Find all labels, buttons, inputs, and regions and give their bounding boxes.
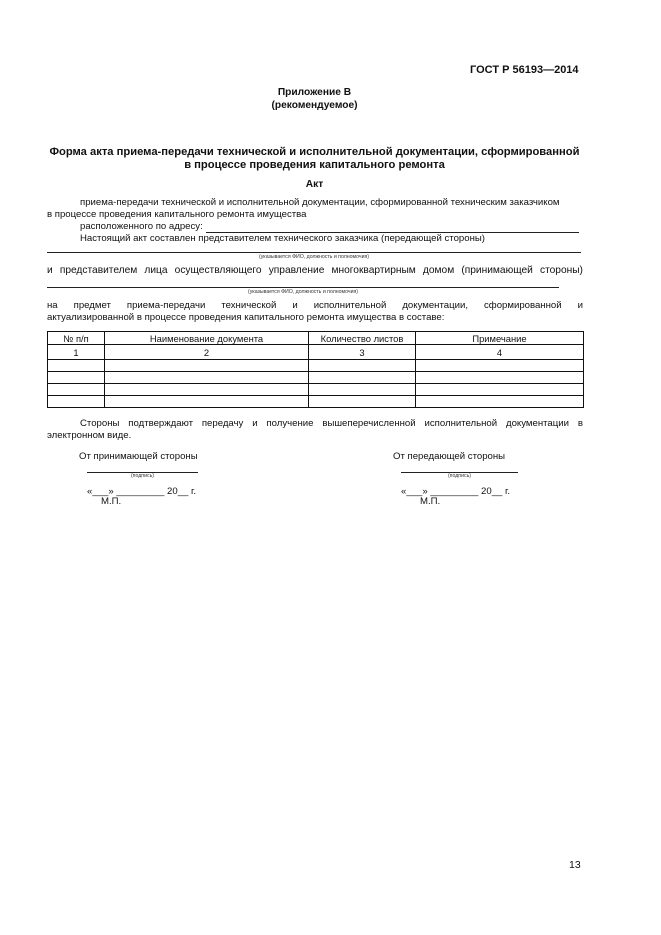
transferring-signature-field[interactable] (401, 463, 518, 473)
column-number: 2 (105, 345, 309, 360)
word: в (578, 418, 583, 429)
column-number: 4 (416, 345, 584, 360)
word: технической (221, 300, 276, 311)
column-header: Примечание (416, 332, 584, 345)
word: сформированной (484, 300, 562, 311)
column-number: 3 (309, 345, 416, 360)
table-cell[interactable] (48, 396, 105, 408)
receiving-rep-field[interactable] (47, 276, 559, 288)
table-cell[interactable] (105, 372, 309, 384)
word: вышеперечисленной (322, 418, 415, 429)
receiving-side-label: От принимающей стороны (79, 451, 198, 462)
word: исполнительной (425, 418, 498, 429)
table-cell[interactable] (48, 372, 105, 384)
word: и (578, 300, 583, 311)
word: домом (423, 265, 454, 276)
address-label: расположенного по адресу: (80, 221, 203, 232)
appendix-title: Приложение В (0, 87, 629, 98)
word: многоквартирным (332, 265, 416, 276)
table-cell[interactable] (48, 384, 105, 396)
table-row (48, 360, 584, 372)
form-title-line2: в процессе проведения капитального ремон… (0, 159, 629, 171)
column-header: Наименование документа (105, 332, 309, 345)
column-header: Количество листов (309, 332, 416, 345)
table-row (48, 372, 584, 384)
word: и (292, 300, 297, 311)
word: стороны) (540, 265, 583, 276)
act-intro-line1: приема-передачи технической и исполнител… (80, 197, 560, 208)
word: Стороны (80, 418, 119, 429)
table-cell[interactable] (309, 360, 416, 372)
receiving-signature-field[interactable] (87, 463, 198, 473)
word: предмет (74, 300, 111, 311)
word: осуществляющего (175, 265, 262, 276)
word: исполнительной (314, 300, 387, 311)
word: подтверждают (128, 418, 193, 429)
table-cell[interactable] (309, 396, 416, 408)
word: и (47, 265, 53, 276)
appendix-subtitle: (рекомендуемое) (0, 100, 629, 111)
table-row (48, 384, 584, 396)
receiving-seal-label: М.П. (101, 496, 121, 507)
word: (принимающей (461, 265, 533, 276)
column-number: 1 (48, 345, 105, 360)
documents-table: № п/п Наименование документа Количество … (47, 331, 584, 408)
subject-text-line1: на предмет приема-передачи технической и… (47, 300, 583, 311)
table-cell[interactable] (105, 360, 309, 372)
transferring-signature-hint: (подпись) (401, 473, 518, 479)
standard-code: ГОСТ Р 56193—2014 (470, 64, 579, 76)
table-cell[interactable] (416, 384, 584, 396)
act-heading: Акт (0, 179, 629, 190)
transferring-rep-hint: (указывается ФИО, должность и полномочия… (47, 254, 581, 260)
word: документации (506, 418, 569, 429)
word: передачу (202, 418, 244, 429)
page-number: 13 (569, 859, 581, 871)
confirmation-line2: электронном виде. (47, 430, 131, 441)
table-cell[interactable] (416, 396, 584, 408)
receiving-rep-hint: (указывается ФИО, должность и полномочия… (47, 289, 559, 295)
word: и (252, 418, 257, 429)
table-cell[interactable] (105, 396, 309, 408)
word: документации, (402, 300, 468, 311)
address-field[interactable] (206, 221, 579, 233)
receiving-signature-hint: (подпись) (87, 473, 198, 479)
word: управление (269, 265, 325, 276)
transferring-date-field[interactable]: «___» _________ 20__ г. (401, 486, 510, 497)
table-cell[interactable] (48, 360, 105, 372)
table-row (48, 396, 584, 408)
table-cell[interactable] (309, 372, 416, 384)
transferring-rep-field[interactable] (47, 241, 581, 253)
table-cell[interactable] (105, 384, 309, 396)
word: представителем (60, 265, 137, 276)
confirmation-line1: Стороны подтверждают передачу и получени… (80, 418, 583, 429)
table-header-row: № п/п Наименование документа Количество … (48, 332, 584, 345)
table-cell[interactable] (309, 384, 416, 396)
word: приема-передачи (127, 300, 205, 311)
receiving-rep-text: и представителем лица осуществляющего уп… (47, 265, 583, 276)
word: на (47, 300, 58, 311)
act-intro-line2: в процессе проведения капитального ремон… (47, 209, 307, 220)
column-header: № п/п (48, 332, 105, 345)
subject-text-line2: актуализированной в процессе проведения … (47, 312, 444, 323)
table-column-numbers-row: 1 2 3 4 (48, 345, 584, 360)
word: лица (144, 265, 167, 276)
table-cell[interactable] (416, 360, 584, 372)
transferring-seal-label: М.П. (420, 496, 440, 507)
transferring-side-label: От передающей стороны (393, 451, 505, 462)
word: получение (266, 418, 313, 429)
form-title-line1: Форма акта приема-передачи технической и… (0, 146, 629, 158)
table-cell[interactable] (416, 372, 584, 384)
